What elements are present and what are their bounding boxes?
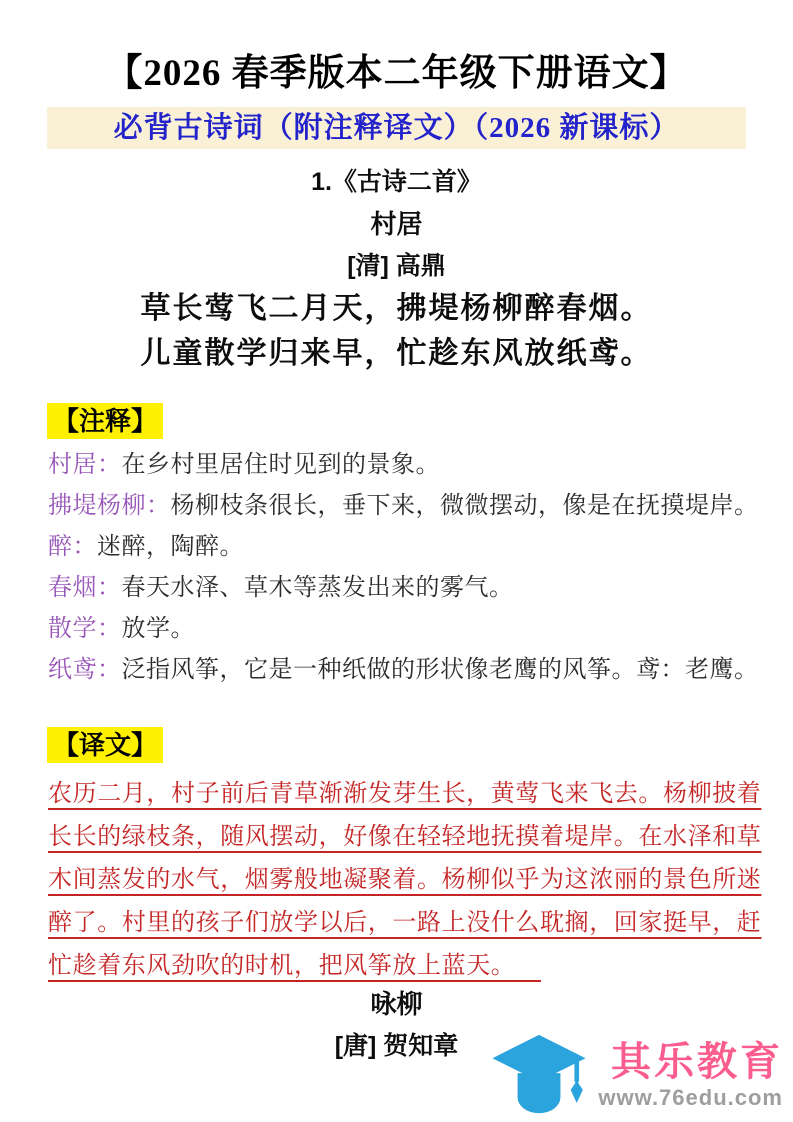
translation-line: 醉了。村里的孩子们放学以后，一路上没什么耽搁，回家挺早，赶: [48, 901, 773, 944]
translation-line: 农历二月，村子前后青草渐渐发芽生长，黄莺飞来飞去。杨柳披着: [48, 772, 773, 815]
underline-tail: [515, 980, 541, 982]
poem1-title: 村居: [0, 207, 793, 241]
note-item: 散学：放学。: [48, 608, 773, 649]
note-definition: 春天水泽、草木等蒸发出来的雾气。: [122, 574, 514, 601]
translation-line: 木间蒸发的水气，烟雾般地凝聚着。杨柳似乎为这浓丽的景色所迷: [48, 858, 773, 901]
brand-logo: 其乐教育 www.76edu.com: [488, 1034, 783, 1116]
page-title: 【2026 春季版本二年级下册语文】: [0, 50, 793, 98]
note-definition: 放学。: [122, 615, 196, 642]
poem2-title: 咏柳: [0, 987, 793, 1021]
translation-line: 忙趁着东风劲吹的时机，把风筝放上蓝天。: [48, 944, 773, 987]
notes-header-badge: 【注释】: [47, 403, 163, 439]
note-definition: 杨柳枝条很长，垂下来，微微摆动，像是在抚摸堤岸。: [171, 492, 759, 519]
page-subtitle: 必背古诗词（附注释译文）（2026 新课标）: [47, 107, 746, 149]
note-term: 村居：: [48, 451, 122, 478]
graduation-cap-icon: [488, 1034, 590, 1116]
note-term: 春烟：: [48, 574, 122, 601]
note-definition: 在乡村里居住时见到的景象。: [122, 451, 441, 478]
poem1-author: [清] 高鼎: [0, 249, 793, 283]
note-term: 纸鸢：: [48, 656, 122, 683]
brand-text: 其乐教育 www.76edu.com: [598, 1039, 783, 1111]
poem1-line-1: 草长莺飞二月天，拂堤杨柳醉春烟。: [0, 290, 793, 328]
note-item: 醉：迷醉，陶醉。: [48, 526, 773, 567]
translation-line: 长长的绿枝条，随风摆动，好像在轻轻地抚摸着堤岸。在水泽和草: [48, 815, 773, 858]
section-title: 1.《古诗二首》: [0, 165, 793, 199]
translation-text: 农历二月，村子前后青草渐渐发芽生长，黄莺飞来飞去。杨柳披着 长长的绿枝条，随风摆…: [48, 772, 773, 987]
note-term: 醉：: [48, 533, 97, 560]
translation-line-text: 忙趁着东风劲吹的时机，把风筝放上蓝天。: [48, 952, 515, 979]
brand-website: www.76edu.com: [598, 1085, 783, 1111]
worksheet-page: 【2026 春季版本二年级下册语文】 必背古诗词（附注释译文）（2026 新课标…: [0, 0, 793, 1063]
note-item: 春烟：春天水泽、草木等蒸发出来的雾气。: [48, 567, 773, 608]
note-item: 纸鸢：泛指风筝，它是一种纸做的形状像老鹰的风筝。鸢：老鹰。: [48, 649, 773, 690]
note-definition: 泛指风筝，它是一种纸做的形状像老鹰的风筝。鸢：老鹰。: [122, 656, 759, 683]
notes-list: 村居：在乡村里居住时见到的景象。 拂堤杨柳：杨柳枝条很长，垂下来，微微摆动，像是…: [48, 444, 773, 690]
note-term: 拂堤杨柳：: [48, 492, 171, 519]
note-item: 村居：在乡村里居住时见到的景象。: [48, 444, 773, 485]
note-term: 散学：: [48, 615, 122, 642]
note-definition: 迷醉，陶醉。: [97, 533, 244, 560]
poem1-line-2: 儿童散学归来早，忙趁东风放纸鸢。: [0, 335, 793, 373]
brand-name: 其乐教育: [611, 1039, 783, 1085]
note-item: 拂堤杨柳：杨柳枝条很长，垂下来，微微摆动，像是在抚摸堤岸。: [48, 485, 773, 526]
translation-header-badge: 【译文】: [47, 727, 163, 763]
